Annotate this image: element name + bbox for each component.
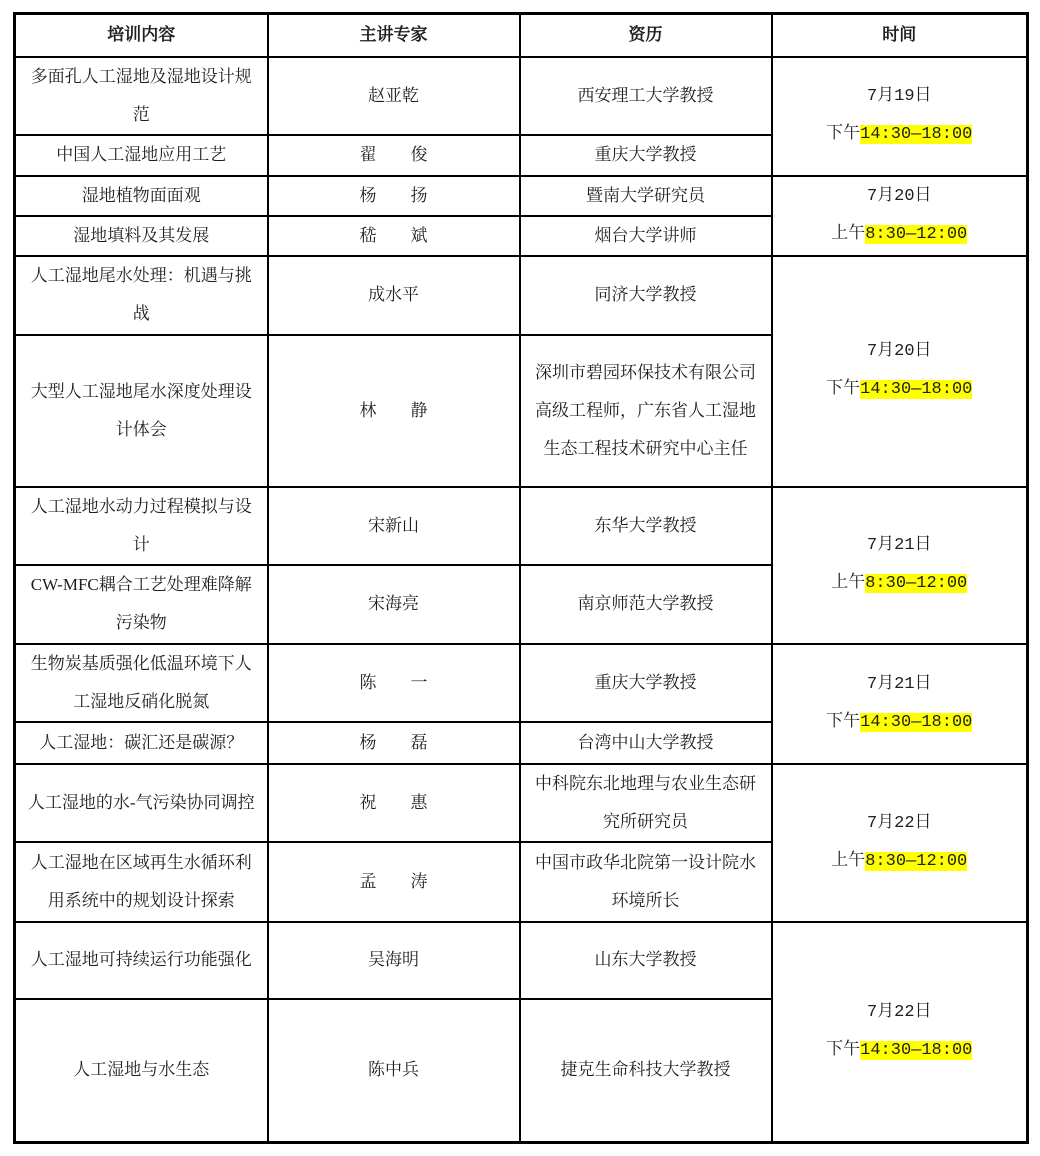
- expert-cell: 孟 涛: [268, 842, 520, 922]
- time-cell: 7月21日 下午14:30—18:00: [772, 644, 1028, 764]
- qualification-cell: 暨南大学研究员: [520, 176, 772, 216]
- document-page: 培训内容 主讲专家 资历 时间 多面孔人工湿地及湿地设计规范 赵亚乾 西安理工大…: [0, 0, 1040, 1156]
- table-row: 人工湿地可持续运行功能强化 吴海明 山东大学教授 7月22日 下午14:30—1…: [15, 922, 1028, 999]
- expert-cell: 陈 一: [268, 644, 520, 722]
- time-range: 上午8:30—12:00: [783, 843, 1017, 881]
- content-cell: CW-MFC耦合工艺处理难降解污染物: [15, 565, 268, 644]
- time-cell: 7月20日 上午8:30—12:00: [772, 176, 1028, 256]
- table-row: 人工湿地水动力过程模拟与设计 宋新山 东华大学教授 7月21日 上午8:30—1…: [15, 487, 1028, 565]
- table-row: 多面孔人工湿地及湿地设计规范 赵亚乾 西安理工大学教授 7月19日 下午14:3…: [15, 57, 1028, 135]
- time-date: 7月21日: [783, 666, 1017, 704]
- time-highlight: 14:30—18:00: [860, 1041, 972, 1060]
- table-row: 生物炭基质强化低温环境下人工湿地反硝化脱氮 陈 一 重庆大学教授 7月21日 下…: [15, 644, 1028, 722]
- time-highlight: 14:30—18:00: [860, 125, 972, 144]
- content-cell: 中国人工湿地应用工艺: [15, 135, 268, 176]
- content-cell: 人工湿地尾水处理：机遇与挑战: [15, 256, 268, 335]
- time-cell: 7月22日 上午8:30—12:00: [772, 764, 1028, 922]
- expert-cell: 林 静: [268, 335, 520, 487]
- time-date: 7月21日: [783, 527, 1017, 565]
- content-cell: 大型人工湿地尾水深度处理设计体会: [15, 335, 268, 487]
- column-header-time: 时间: [772, 14, 1028, 57]
- column-header-qualification: 资历: [520, 14, 772, 57]
- expert-cell: 祝 惠: [268, 764, 520, 842]
- time-period: 下午: [826, 380, 860, 399]
- qualification-cell: 西安理工大学教授: [520, 57, 772, 135]
- time-highlight: 14:30—18:00: [860, 713, 972, 732]
- time-period: 下午: [826, 713, 860, 732]
- table-row: 湿地植物面面观 杨 扬 暨南大学研究员 7月20日 上午8:30—12:00: [15, 176, 1028, 216]
- expert-cell: 陈中兵: [268, 999, 520, 1143]
- time-cell: 7月21日 上午8:30—12:00: [772, 487, 1028, 644]
- qualification-cell: 深圳市碧园环保技术有限公司高级工程师，广东省人工湿地生态工程技术研究中心主任: [520, 335, 772, 487]
- time-highlight: 8:30—12:00: [865, 852, 967, 871]
- column-header-expert: 主讲专家: [268, 14, 520, 57]
- time-period: 下午: [826, 125, 860, 144]
- content-cell: 生物炭基质强化低温环境下人工湿地反硝化脱氮: [15, 644, 268, 722]
- training-schedule-table: 培训内容 主讲专家 资历 时间 多面孔人工湿地及湿地设计规范 赵亚乾 西安理工大…: [13, 12, 1029, 1144]
- time-highlight: 8:30—12:00: [865, 574, 967, 593]
- qualification-cell: 中科院东北地理与农业生态研究所研究员: [520, 764, 772, 842]
- expert-cell: 赵亚乾: [268, 57, 520, 135]
- time-range: 上午8:30—12:00: [783, 216, 1017, 254]
- qualification-cell: 中国市政华北院第一设计院水环境所长: [520, 842, 772, 922]
- time-date: 7月22日: [783, 805, 1017, 843]
- content-cell: 湿地植物面面观: [15, 176, 268, 216]
- time-period: 下午: [826, 1041, 860, 1060]
- content-cell: 人工湿地在区域再生水循环利用系统中的规划设计探索: [15, 842, 268, 922]
- time-cell: 7月19日 下午14:30—18:00: [772, 57, 1028, 176]
- content-cell: 人工湿地的水-气污染协同调控: [15, 764, 268, 842]
- expert-cell: 宋海亮: [268, 565, 520, 644]
- content-cell: 湿地填料及其发展: [15, 216, 268, 256]
- table-row: 人工湿地的水-气污染协同调控 祝 惠 中科院东北地理与农业生态研究所研究员 7月…: [15, 764, 1028, 842]
- expert-cell: 杨 磊: [268, 722, 520, 764]
- expert-cell: 吴海明: [268, 922, 520, 999]
- expert-cell: 成水平: [268, 256, 520, 335]
- expert-cell: 翟 俊: [268, 135, 520, 176]
- qualification-cell: 重庆大学教授: [520, 644, 772, 722]
- time-range: 下午14:30—18:00: [783, 704, 1017, 742]
- qualification-cell: 台湾中山大学教授: [520, 722, 772, 764]
- column-header-content: 培训内容: [15, 14, 268, 57]
- qualification-cell: 南京师范大学教授: [520, 565, 772, 644]
- table-row: 人工湿地尾水处理：机遇与挑战 成水平 同济大学教授 7月20日 下午14:30—…: [15, 256, 1028, 335]
- time-period: 上午: [831, 852, 865, 871]
- expert-cell: 宋新山: [268, 487, 520, 565]
- time-range: 上午8:30—12:00: [783, 565, 1017, 603]
- time-cell: 7月22日 下午14:30—18:00: [772, 922, 1028, 1143]
- time-period: 上午: [831, 574, 865, 593]
- qualification-cell: 重庆大学教授: [520, 135, 772, 176]
- content-cell: 人工湿地可持续运行功能强化: [15, 922, 268, 999]
- expert-cell: 杨 扬: [268, 176, 520, 216]
- time-range: 下午14:30—18:00: [783, 116, 1017, 154]
- qualification-cell: 同济大学教授: [520, 256, 772, 335]
- time-date: 7月22日: [783, 994, 1017, 1032]
- time-date: 7月20日: [783, 333, 1017, 371]
- header-row: 培训内容 主讲专家 资历 时间: [15, 14, 1028, 57]
- time-date: 7月20日: [783, 178, 1017, 216]
- time-highlight: 8:30—12:00: [865, 225, 967, 244]
- content-cell: 人工湿地水动力过程模拟与设计: [15, 487, 268, 565]
- time-range: 下午14:30—18:00: [783, 371, 1017, 409]
- content-cell: 多面孔人工湿地及湿地设计规范: [15, 57, 268, 135]
- qualification-cell: 烟台大学讲师: [520, 216, 772, 256]
- qualification-cell: 山东大学教授: [520, 922, 772, 999]
- qualification-cell: 捷克生命科技大学教授: [520, 999, 772, 1143]
- time-date: 7月19日: [783, 78, 1017, 116]
- content-cell: 人工湿地与水生态: [15, 999, 268, 1143]
- time-period: 上午: [831, 225, 865, 244]
- time-cell: 7月20日 下午14:30—18:00: [772, 256, 1028, 487]
- expert-cell: 嵇 斌: [268, 216, 520, 256]
- content-cell: 人工湿地：碳汇还是碳源？: [15, 722, 268, 764]
- qualification-cell: 东华大学教授: [520, 487, 772, 565]
- time-range: 下午14:30—18:00: [783, 1032, 1017, 1070]
- time-highlight: 14:30—18:00: [860, 380, 972, 399]
